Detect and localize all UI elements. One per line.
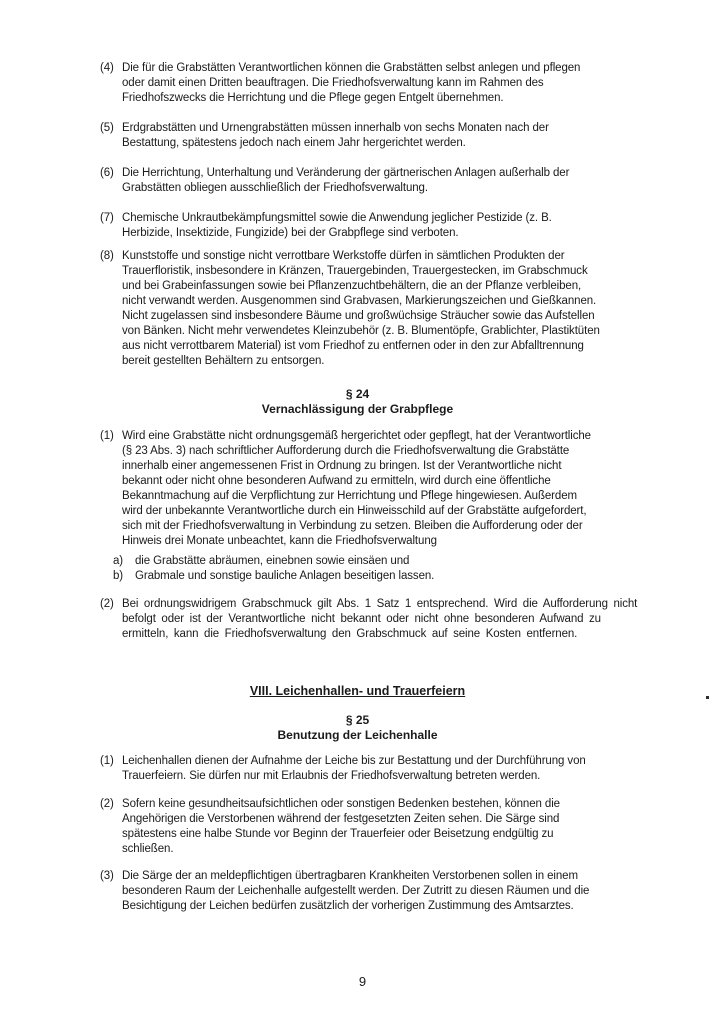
paragraph-6: (6)Die Herrichtung, Unterhaltung und Ver… xyxy=(100,166,662,196)
paragraph-8-text: Kunststoffe und sonstige nicht verrottba… xyxy=(122,250,600,367)
section-24-paragraph-2: (2)Bei ordnungswidrigem Grabschmuck gilt… xyxy=(100,597,662,642)
section-24-heading: § 24 Vernachlässigung der Grabpflege xyxy=(85,387,630,417)
list-item-b: b)Grabmale und sonstige bauliche Anlagen… xyxy=(113,569,655,584)
section-25-paragraph-2: (2)Sofern keine gesundheitsaufsichtliche… xyxy=(100,797,662,857)
chapter-8-heading: VIII. Leichenhallen- und Trauerfeiern xyxy=(85,684,630,699)
paragraph-6-text: Die Herrichtung, Unterhaltung und Veränd… xyxy=(122,167,569,194)
section-25-paragraph-1: (1)Leichenhallen dienen der Aufnahme der… xyxy=(100,754,662,784)
paragraph-8-marker: (8) xyxy=(100,249,122,264)
section-25-paragraph-2-marker: (2) xyxy=(100,797,122,812)
list-item-b-marker: b) xyxy=(113,569,135,584)
section-24-paragraph-2-marker: (2) xyxy=(100,597,122,612)
paragraph-8: (8)Kunststoffe und sonstige nicht verrot… xyxy=(100,249,662,369)
list-item-a-marker: a) xyxy=(113,554,135,569)
section-25-number: § 25 xyxy=(85,713,630,728)
section-24-title: Vernachlässigung der Grabpflege xyxy=(85,402,630,417)
paragraph-5-text: Erdgrabstätten und Urnengrabstätten müss… xyxy=(122,122,549,149)
section-25-paragraph-2-text: Sofern keine gesundheitsaufsichtlichen o… xyxy=(122,798,560,855)
paragraph-4: (4)Die für die Grabstätten Verantwortlic… xyxy=(100,61,662,106)
list-item-b-text: Grabmale und sonstige bauliche Anlagen b… xyxy=(135,570,434,582)
paragraph-5-marker: (5) xyxy=(100,121,122,136)
section-24-paragraph-1-text: Wird eine Grabstätte nicht ordnungsgemäß… xyxy=(122,430,591,547)
section-25-paragraph-1-text: Leichenhallen dienen der Aufnahme der Le… xyxy=(122,755,586,782)
paragraph-7: (7)Chemische Unkrautbekämpfungsmittel so… xyxy=(100,211,662,241)
paragraph-7-text: Chemische Unkrautbekämpfungsmittel sowie… xyxy=(122,212,552,239)
list-item-a: a)die Grabstätte abräumen, einebnen sowi… xyxy=(113,554,655,569)
paragraph-4-marker: (4) xyxy=(100,61,122,76)
section-24-number: § 24 xyxy=(85,387,630,402)
paragraph-7-marker: (7) xyxy=(100,211,122,226)
section-24-paragraph-1: (1)Wird eine Grabstätte nicht ordnungsge… xyxy=(100,429,662,549)
list-item-a-text: die Grabstätte abräumen, einebnen sowie … xyxy=(135,555,409,567)
document-page: (4)Die für die Grabstätten Verantwortlic… xyxy=(0,0,719,1024)
section-24-paragraph-1-marker: (1) xyxy=(100,429,122,444)
scan-artifact-dot xyxy=(706,696,709,699)
section-25-title: Benutzung der Leichenhalle xyxy=(85,728,630,743)
section-25-paragraph-3: (3)Die Särge der an meldepflichtigen übe… xyxy=(100,869,662,914)
section-24-paragraph-2-text: Bei ordnungswidrigem Grabschmuck gilt Ab… xyxy=(122,598,637,640)
section-25-paragraph-3-marker: (3) xyxy=(100,869,122,884)
section-25-paragraph-3-text: Die Särge der an meldepflichtigen übertr… xyxy=(122,870,589,912)
page-number: 9 xyxy=(85,974,640,989)
paragraph-4-text: Die für die Grabstätten Verantwortlichen… xyxy=(122,62,580,104)
paragraph-5: (5)Erdgrabstätten und Urnengrabstätten m… xyxy=(100,121,662,151)
section-25-heading: § 25 Benutzung der Leichenhalle xyxy=(85,713,630,743)
paragraph-6-marker: (6) xyxy=(100,166,122,181)
section-25-paragraph-1-marker: (1) xyxy=(100,754,122,769)
